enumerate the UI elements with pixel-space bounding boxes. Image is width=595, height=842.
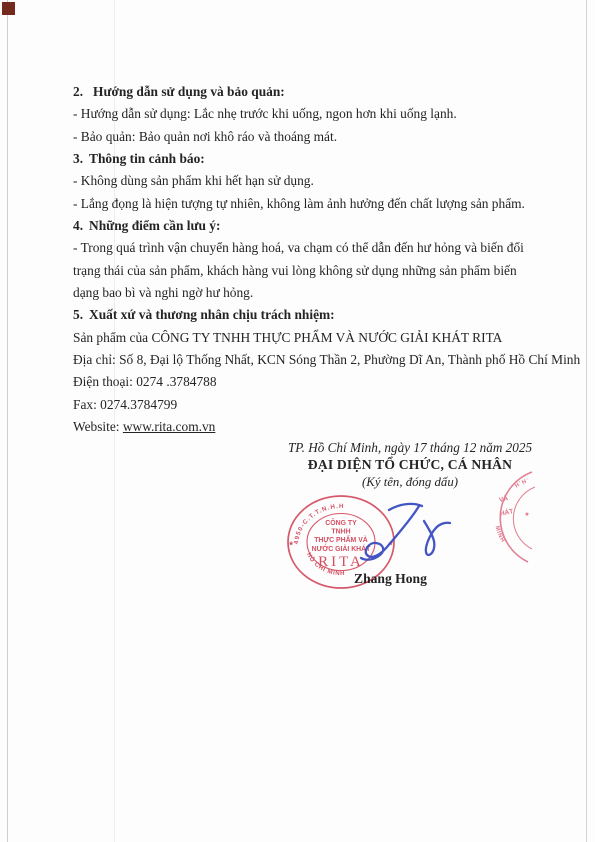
stamp-brand-name: RITA <box>318 554 364 570</box>
origin-address-line: Địa chỉ: Số 8, Đại lộ Thống Nhất, KCN Só… <box>73 349 576 371</box>
section-heading: 3.Thông tin cảnh báo: <box>73 148 576 170</box>
section-item: - Hướng dẫn sử dụng: Lắc nhẹ trước khi u… <box>73 103 576 125</box>
section-title: Hướng dẫn sử dụng và bảo quản: <box>93 84 285 99</box>
section-number: 2. <box>73 81 83 103</box>
origin-product-line: Sản phẩm của CÔNG TY TNHH THỰC PHẨM VÀ N… <box>73 327 576 349</box>
section-item: - Trong quá trình vận chuyển hàng hoá, v… <box>73 237 538 304</box>
section-heading: 4.Những điểm cần lưu ý: <box>73 215 576 237</box>
section-number: 3. <box>73 148 83 170</box>
partial-stamp-arc-bottom-text: CHÍ MINH <box>283 437 506 544</box>
document-body: 2.Hướng dẫn sử dụng và bảo quản: - Hướng… <box>73 81 576 439</box>
partial-stamp-inner-arc <box>513 487 535 549</box>
signature-scribble <box>361 504 450 560</box>
page-left-edge-line <box>7 0 8 842</box>
section-number: 5. <box>73 304 83 326</box>
partial-stamp-arc-text: T.T.N.H.H <box>283 437 529 488</box>
website-label: Website: <box>73 419 123 434</box>
stamp-center-line: CÔNG TY <box>325 518 357 527</box>
origin-website-line: Website: www.rita.com.vn <box>73 416 576 438</box>
section-title: Những điểm cần lưu ý: <box>89 218 220 233</box>
origin-fax-line: Fax: 0274.3784799 <box>73 394 576 416</box>
section-item: - Không dùng sản phẩm khi hết hạn sử dụn… <box>73 170 576 192</box>
section-title: Thông tin cảnh báo: <box>89 151 205 166</box>
stamp-center-line: NƯỚC GIẢI KHÁT <box>312 544 371 553</box>
signer-name: Zhang Hong <box>354 571 427 587</box>
section-number: 4. <box>73 215 83 237</box>
section-item: - Lắng đọng là hiện tượng tự nhiên, khôn… <box>73 193 576 215</box>
stamps-and-signature-layer: M.S.D.N: 3700574950-C.T.T.N.H.H P. DĨ AN… <box>283 437 595 620</box>
stamp-center-line: TNHH <box>331 529 350 536</box>
section-item: - Bảo quản: Bảo quản nơi khô ráo và thoá… <box>73 126 576 148</box>
section-title: Xuất xứ và thương nhân chịu trách nhiệm: <box>89 307 335 322</box>
company-stamp: M.S.D.N: 3700574950-C.T.T.N.H.H P. DĨ AN… <box>283 437 394 588</box>
corner-mark <box>2 2 15 15</box>
origin-phone-line: Điện thoại: 0274 .3784788 <box>73 371 576 393</box>
section-heading: 5.Xuất xứ và thương nhân chịu trách nhiệ… <box>73 304 576 326</box>
stamp-center-line: THỰC PHẨM VÀ <box>314 535 368 544</box>
section-heading: 2.Hướng dẫn sử dụng và bảo quản: <box>73 81 576 103</box>
partial-stamp-star-icon: ★ <box>524 511 529 518</box>
scanned-document-page: 2.Hướng dẫn sử dụng và bảo quản: - Hướng… <box>0 0 595 842</box>
stamp-star-left-icon: ★ <box>288 540 294 548</box>
partial-stamp-word: VÀ <box>498 493 509 504</box>
page-right-edge-line <box>586 0 587 842</box>
website-url: www.rita.com.vn <box>123 419 215 434</box>
signature-stroke <box>424 521 450 555</box>
